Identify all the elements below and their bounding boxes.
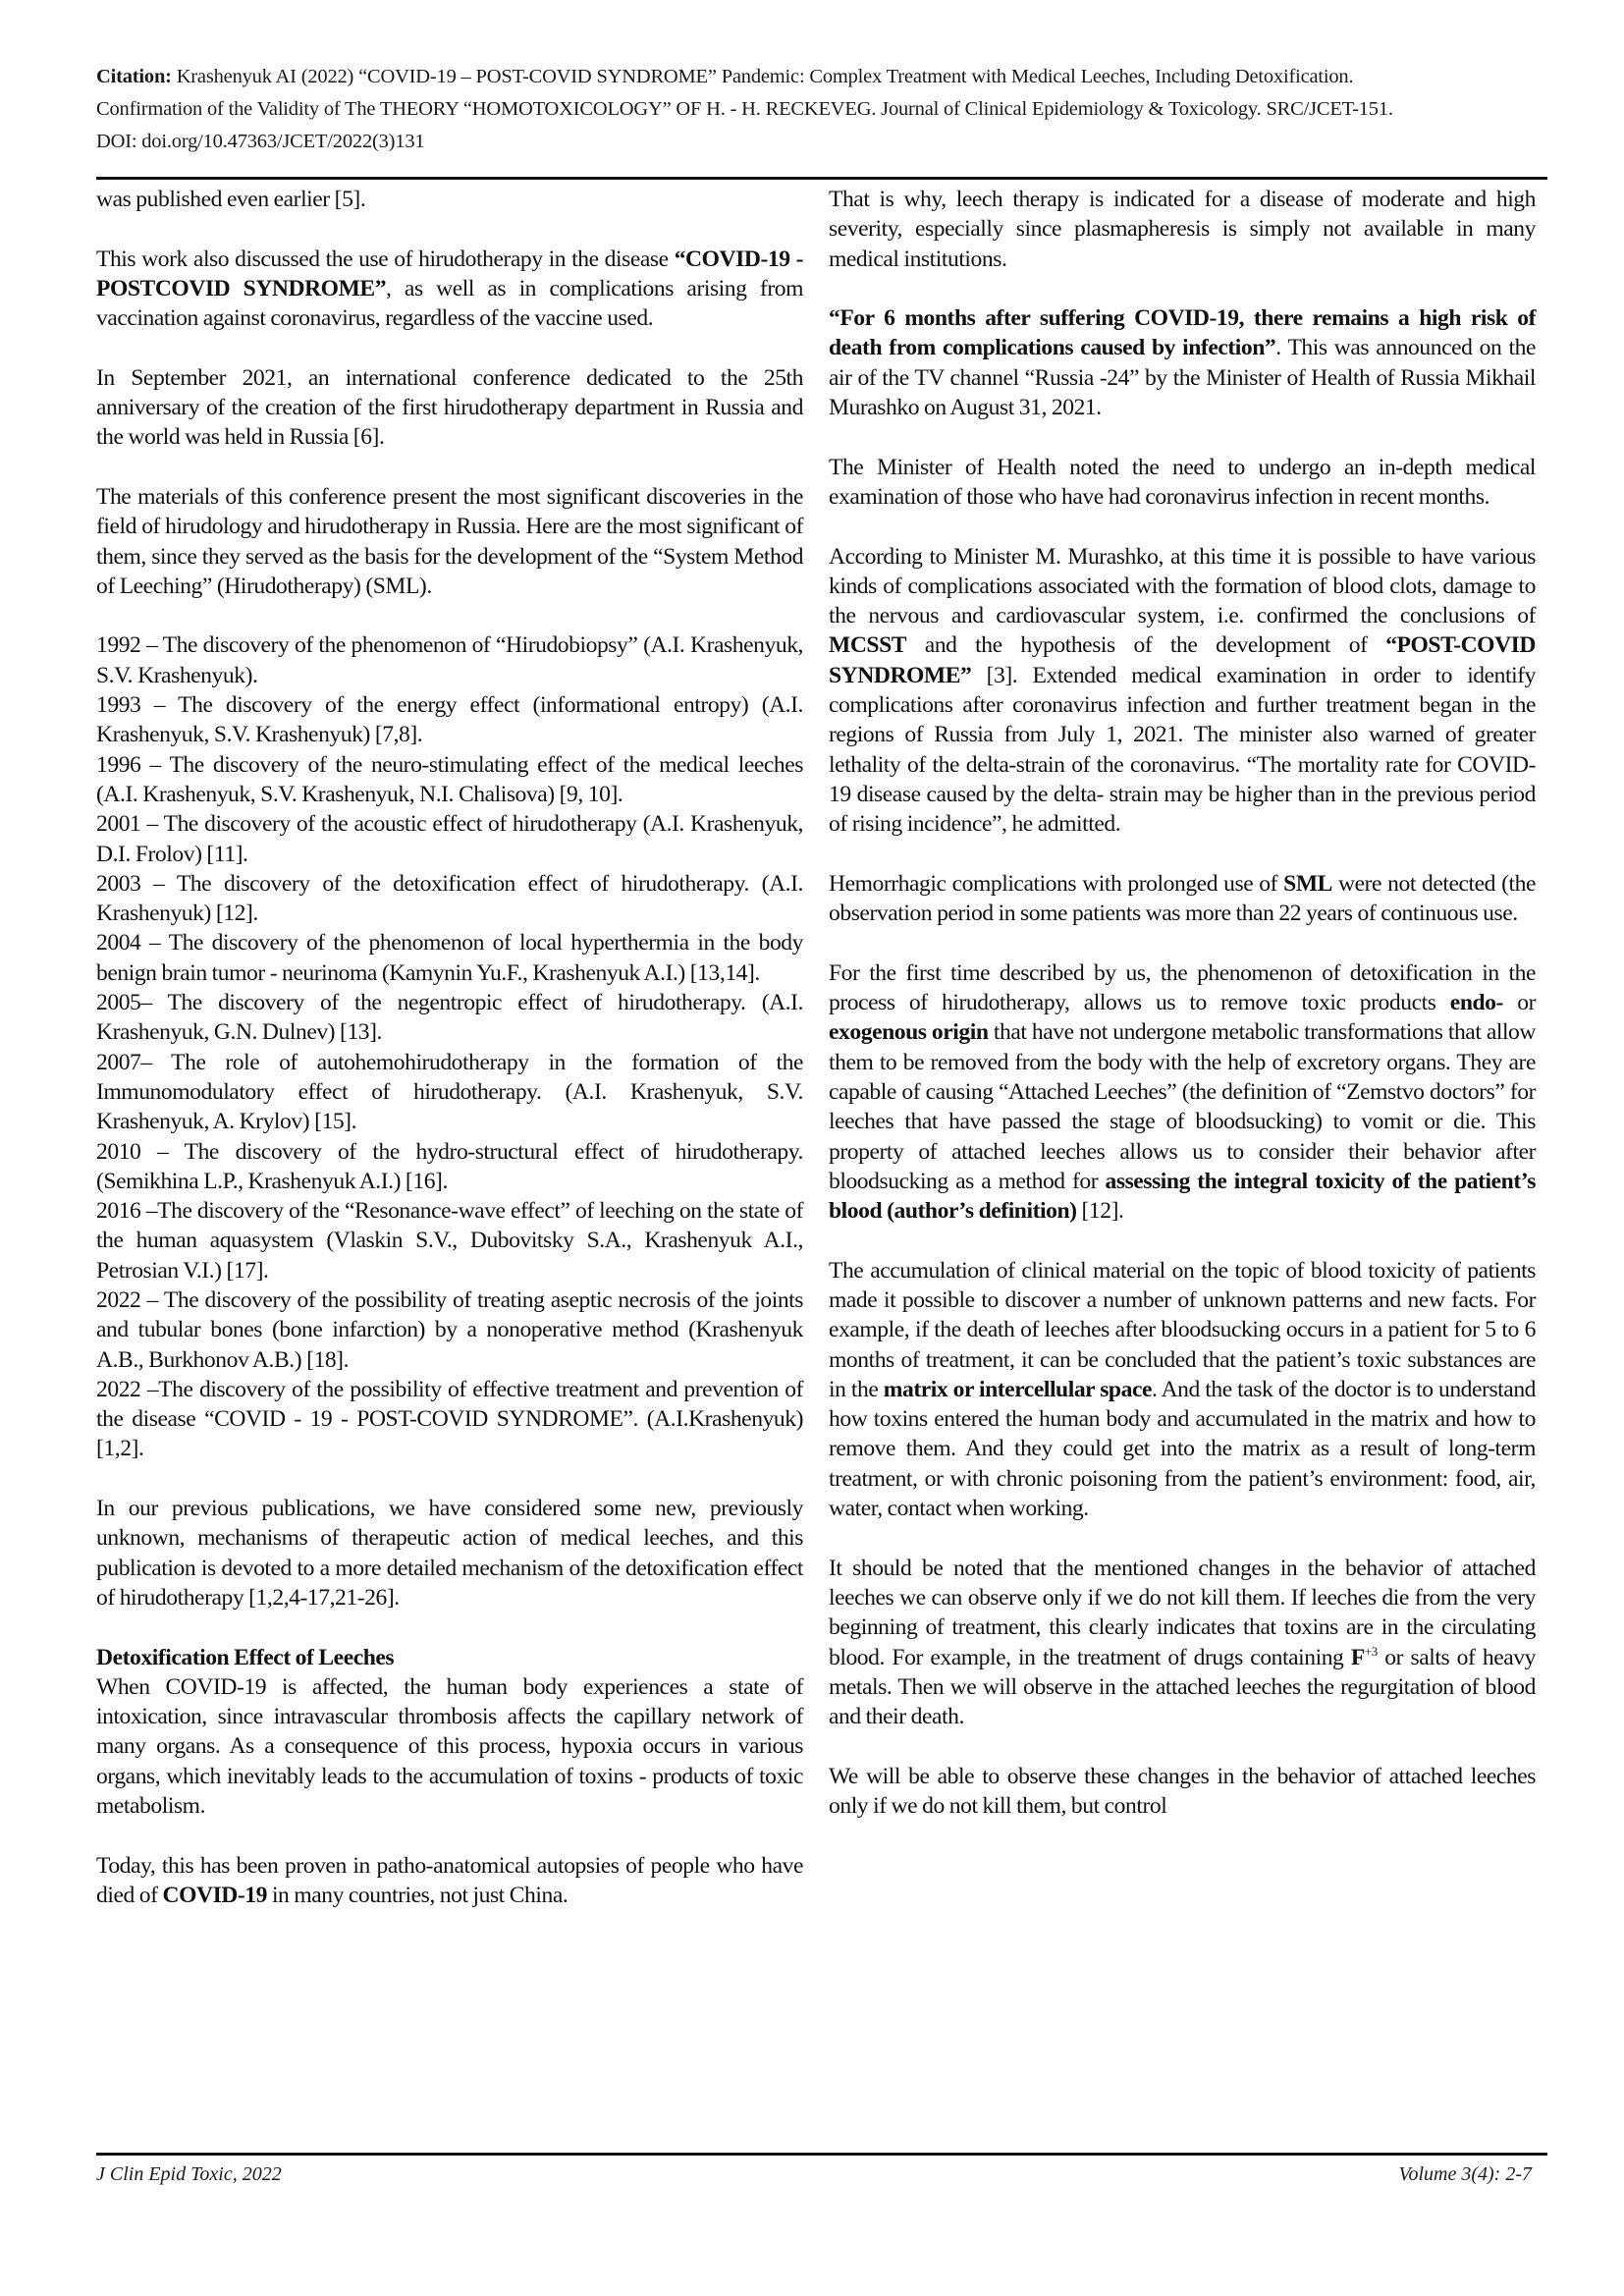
discovery-item: 2022 – The discovery of the possibility … bbox=[96, 1285, 803, 1375]
paragraph: We will be able to observe these changes… bbox=[829, 1762, 1536, 1822]
paragraph: Hemorrhagic complications with prolonged… bbox=[829, 869, 1536, 929]
discovery-item: 1993 – The discovery of the energy effec… bbox=[96, 690, 803, 750]
footer-volume: Volume 3(4): 2-7 bbox=[1398, 2163, 1532, 2186]
paragraph: “For 6 months after suffering COVID-19, … bbox=[829, 303, 1536, 422]
left-column: was published even earlier [5]. This wor… bbox=[96, 185, 803, 1941]
paragraph: Today, this has been proven in patho-ana… bbox=[96, 1851, 803, 1911]
discovery-item: 1992 – The discovery of the phenomenon o… bbox=[96, 630, 803, 690]
right-column: That is why, leech therapy is indicated … bbox=[829, 185, 1536, 1851]
paragraph: That is why, leech therapy is indicated … bbox=[829, 185, 1536, 274]
section-heading: Detoxification Effect of Leeches bbox=[96, 1643, 803, 1672]
discovery-item: 2001 – The discovery of the acoustic eff… bbox=[96, 809, 803, 869]
discovery-item: 2004 – The discovery of the phenomenon o… bbox=[96, 928, 803, 988]
discovery-item: 2016 –The discovery of the “Resonance-wa… bbox=[96, 1196, 803, 1285]
footer-divider bbox=[96, 2153, 1547, 2156]
footer-journal: J Clin Epid Toxic, 2022 bbox=[96, 2163, 282, 2186]
citation-line-1: Citation: Krashenyuk AI (2022) “COVID-19… bbox=[96, 61, 1549, 93]
paragraph: In September 2021, an international conf… bbox=[96, 363, 803, 453]
paragraph: It should be noted that the mentioned ch… bbox=[829, 1554, 1536, 1732]
discovery-item: 2005– The discovery of the negentropic e… bbox=[96, 988, 803, 1048]
paragraph: The materials of this conference present… bbox=[96, 482, 803, 601]
paragraph: was published even earlier [5]. bbox=[96, 185, 803, 214]
paragraph: The accumulation of clinical material on… bbox=[829, 1256, 1536, 1524]
paragraph: When COVID-19 is affected, the human bod… bbox=[96, 1672, 803, 1821]
discoveries-list: 1992 – The discovery of the phenomenon o… bbox=[96, 630, 803, 1463]
citation-doi: DOI: doi.org/10.47363/JCET/2022(3)131 bbox=[96, 126, 1549, 158]
discovery-item: 1996 – The discovery of the neuro-stimul… bbox=[96, 750, 803, 810]
discovery-item: 2003 – The discovery of the detoxificati… bbox=[96, 869, 803, 929]
paragraph: This work also discussed the use of hiru… bbox=[96, 245, 803, 334]
paragraph: The Minister of Health noted the need to… bbox=[829, 453, 1536, 513]
discovery-item: 2022 –The discovery of the possibility o… bbox=[96, 1375, 803, 1464]
paragraph: In our previous publications, we have co… bbox=[96, 1494, 803, 1613]
citation-line-2: Confirmation of the Validity of The THEO… bbox=[96, 93, 1549, 126]
paragraph: For the first time described by us, the … bbox=[829, 958, 1536, 1227]
discovery-item: 2007– The role of autohemohirudotherapy … bbox=[96, 1048, 803, 1137]
header-divider bbox=[96, 177, 1547, 180]
document-page: Citation: Krashenyuk AI (2022) “COVID-19… bbox=[0, 0, 1624, 2296]
discovery-item: 2010 – The discovery of the hydro-struct… bbox=[96, 1137, 803, 1197]
paragraph: According to Minister M. Murashko, at th… bbox=[829, 542, 1536, 840]
citation-header: Citation: Krashenyuk AI (2022) “COVID-19… bbox=[96, 61, 1549, 158]
citation-label: Citation: bbox=[96, 66, 172, 87]
